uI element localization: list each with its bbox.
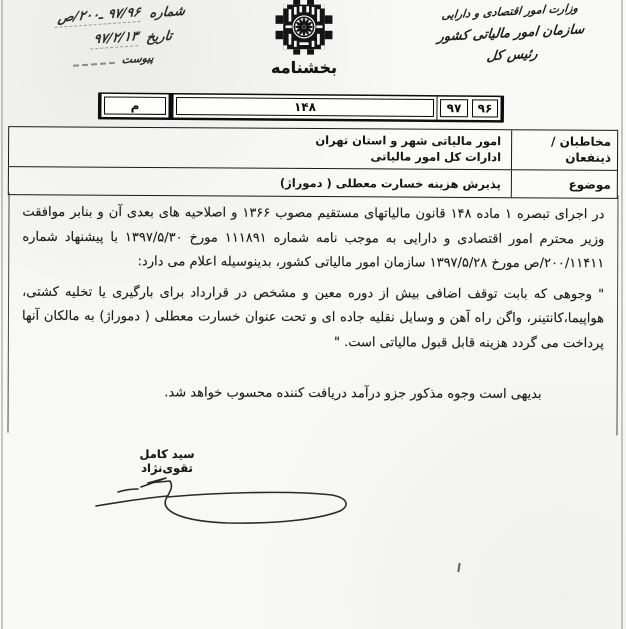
attachment-row: پیوست [10,51,155,74]
body-paragraph-2: " وجوهی که بابت توقف اضافی بیش از دوره م… [22,281,604,357]
recipients-label-cell: مخاطبان / ذینفعان [511,130,617,170]
handwritten-signature [82,466,362,544]
recipients-value-line2: ادارات کل امور مالیاتی [19,146,501,165]
date-value: ۹۷/۲/۱۳ [90,29,141,50]
classification-box-article: ۱۴۸ [176,97,434,117]
classification-bar: م ۱۴۸ ۹۷ ۹۶ [98,92,504,122]
number-value: ۹۷/۹۶ ـ۲۰۰/ص [55,5,144,28]
classification-box-serial: ۹۶ [472,99,498,117]
body-paragraph-3: بدیهی است وجوه مذکور جزو درآمد دریافت کن… [22,380,604,407]
classification-box-meem: م [104,96,166,114]
scanned-circular-document: شماره ۹۷/۹۶ ـ۲۰۰/ص تاریخ ۹۷/۲/۱۳ پیوست [0,0,626,629]
number-label: شماره [148,4,185,22]
letterhead-calligraphy: وزارت امور اقتصادی و دارایی سازمان امور … [416,0,605,72]
letter-body: در اجرای تبصره ۱ ماده ۱۴۸ قانون مالیاتها… [7,193,618,436]
recipients-label-line1: مخاطبان / [518,133,611,150]
scan-edge-right [621,0,623,629]
recipients-value-cell: امور مالیاتی شهر و استان تهران ادارات کل… [9,127,511,169]
attachment-dotted-line [73,62,115,67]
handwritten-header-block: شماره ۹۷/۹۶ ـ۲۰۰/ص تاریخ ۹۷/۲/۱۳ پیوست [6,0,188,74]
body-paragraph-1: در اجرای تبصره ۱ ماده ۱۴۸ قانون مالیاتها… [22,201,604,277]
recipients-label-line2: ذینفعان [518,149,611,166]
classification-box-year: ۹۷ [440,99,468,117]
scan-edge-left [1,0,3,629]
scan-artifact-mark [457,563,460,572]
subject-label-cell: موضوع [511,170,617,198]
meta-table: مخاطبان / ذینفعان امور مالیاتی شهر و است… [8,126,618,199]
recipients-row: مخاطبان / ذینفعان امور مالیاتی شهر و است… [9,127,617,170]
doc-type-title: بخشنامه [252,58,356,77]
tax-administration-emblem-icon [260,0,348,60]
attachment-label: پیوست [121,51,154,66]
date-label: تاریخ [146,29,173,46]
